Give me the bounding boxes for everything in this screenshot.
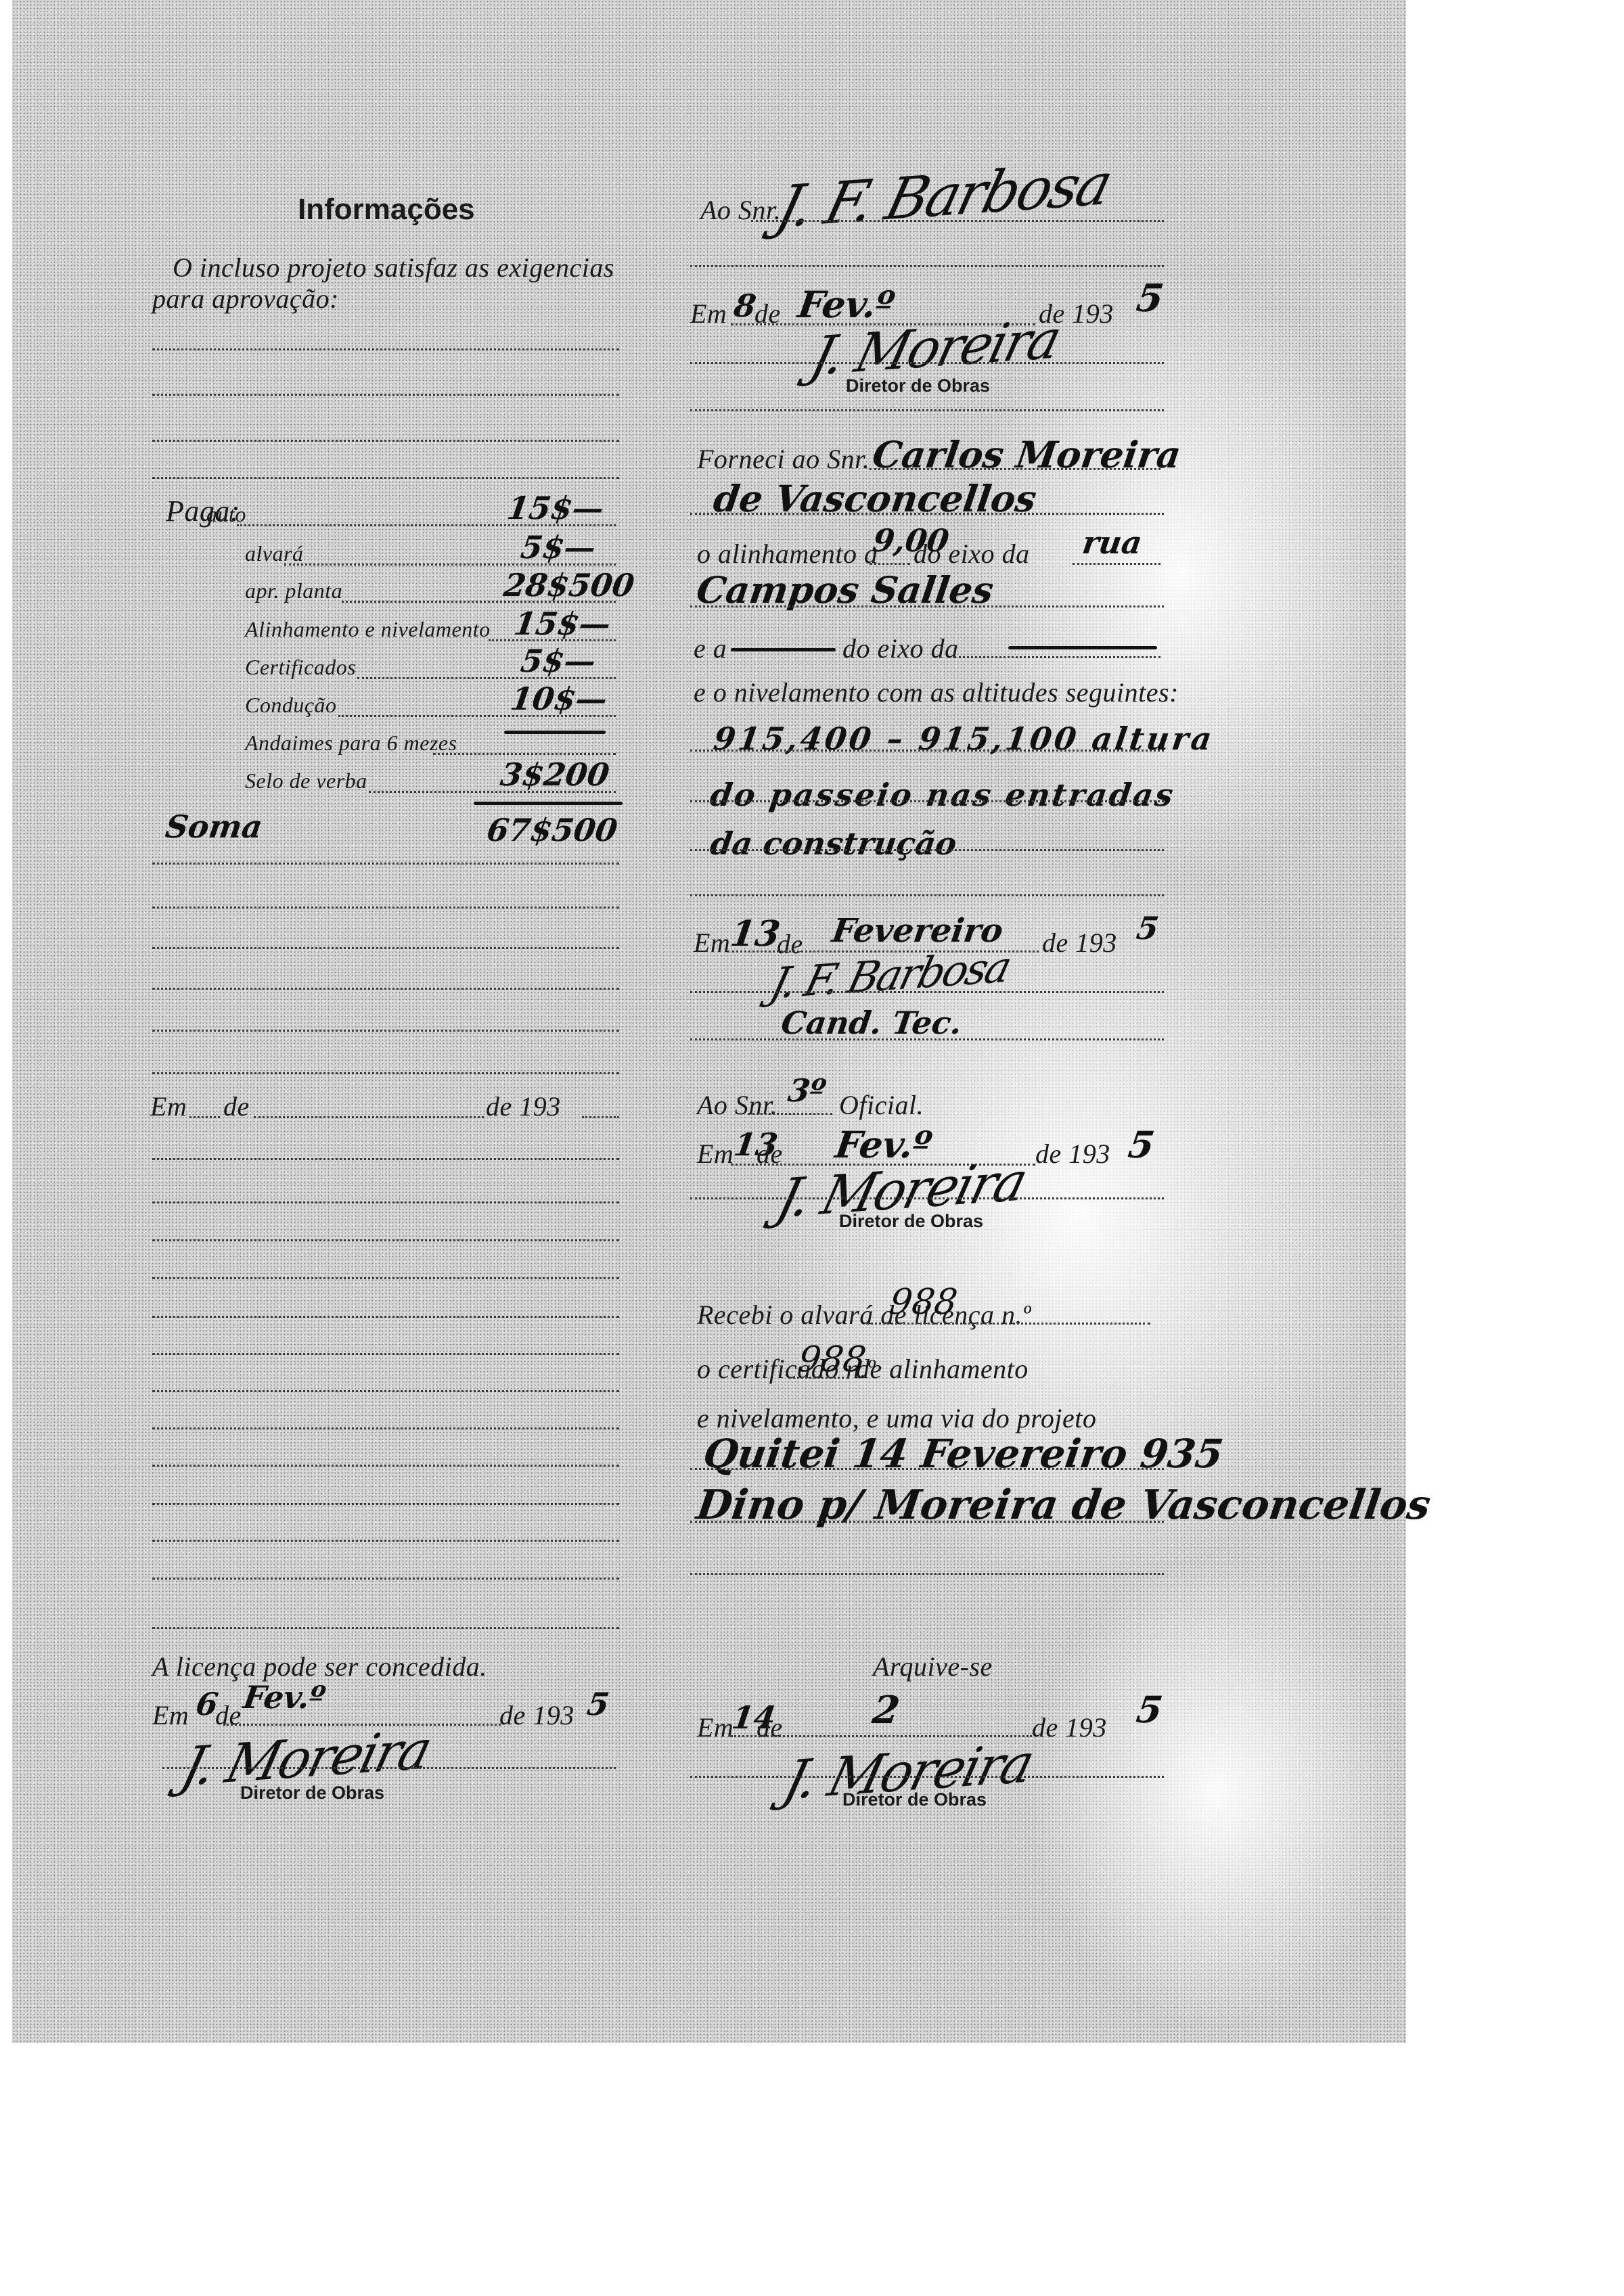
street-type: rua: [1080, 524, 1144, 561]
month-value: Fev.º: [796, 283, 897, 326]
arquive-se-text: Arquive-se: [873, 1651, 993, 1682]
alvara-number: 988: [887, 1282, 960, 1323]
year-digit: 5: [1133, 276, 1166, 321]
month-value: 2: [870, 1688, 902, 1732]
year-digit: 5: [1134, 1688, 1166, 1731]
director-role: Diretor de Obras: [842, 1789, 987, 1810]
day-value: 13: [728, 913, 783, 955]
altitudes-line3: da construção: [708, 825, 959, 862]
year-digit: 5: [1134, 910, 1161, 946]
director-role: Diretor de Obras: [839, 1211, 983, 1232]
recipient-name: J. F. Barbosa: [770, 150, 1117, 241]
director-role: Diretor de Obras: [846, 375, 990, 396]
year-digit: 5: [1126, 1123, 1158, 1166]
technician-title: Cand. Tec.: [779, 1005, 964, 1041]
right-column: Ao Snr. J. F. Barbosa Em 8 de Fev.º de 1…: [0, 0, 1624, 1894]
recipient-value: 3º: [786, 1072, 828, 1109]
altitudes-line2: do passeio nas entradas: [708, 777, 1177, 813]
